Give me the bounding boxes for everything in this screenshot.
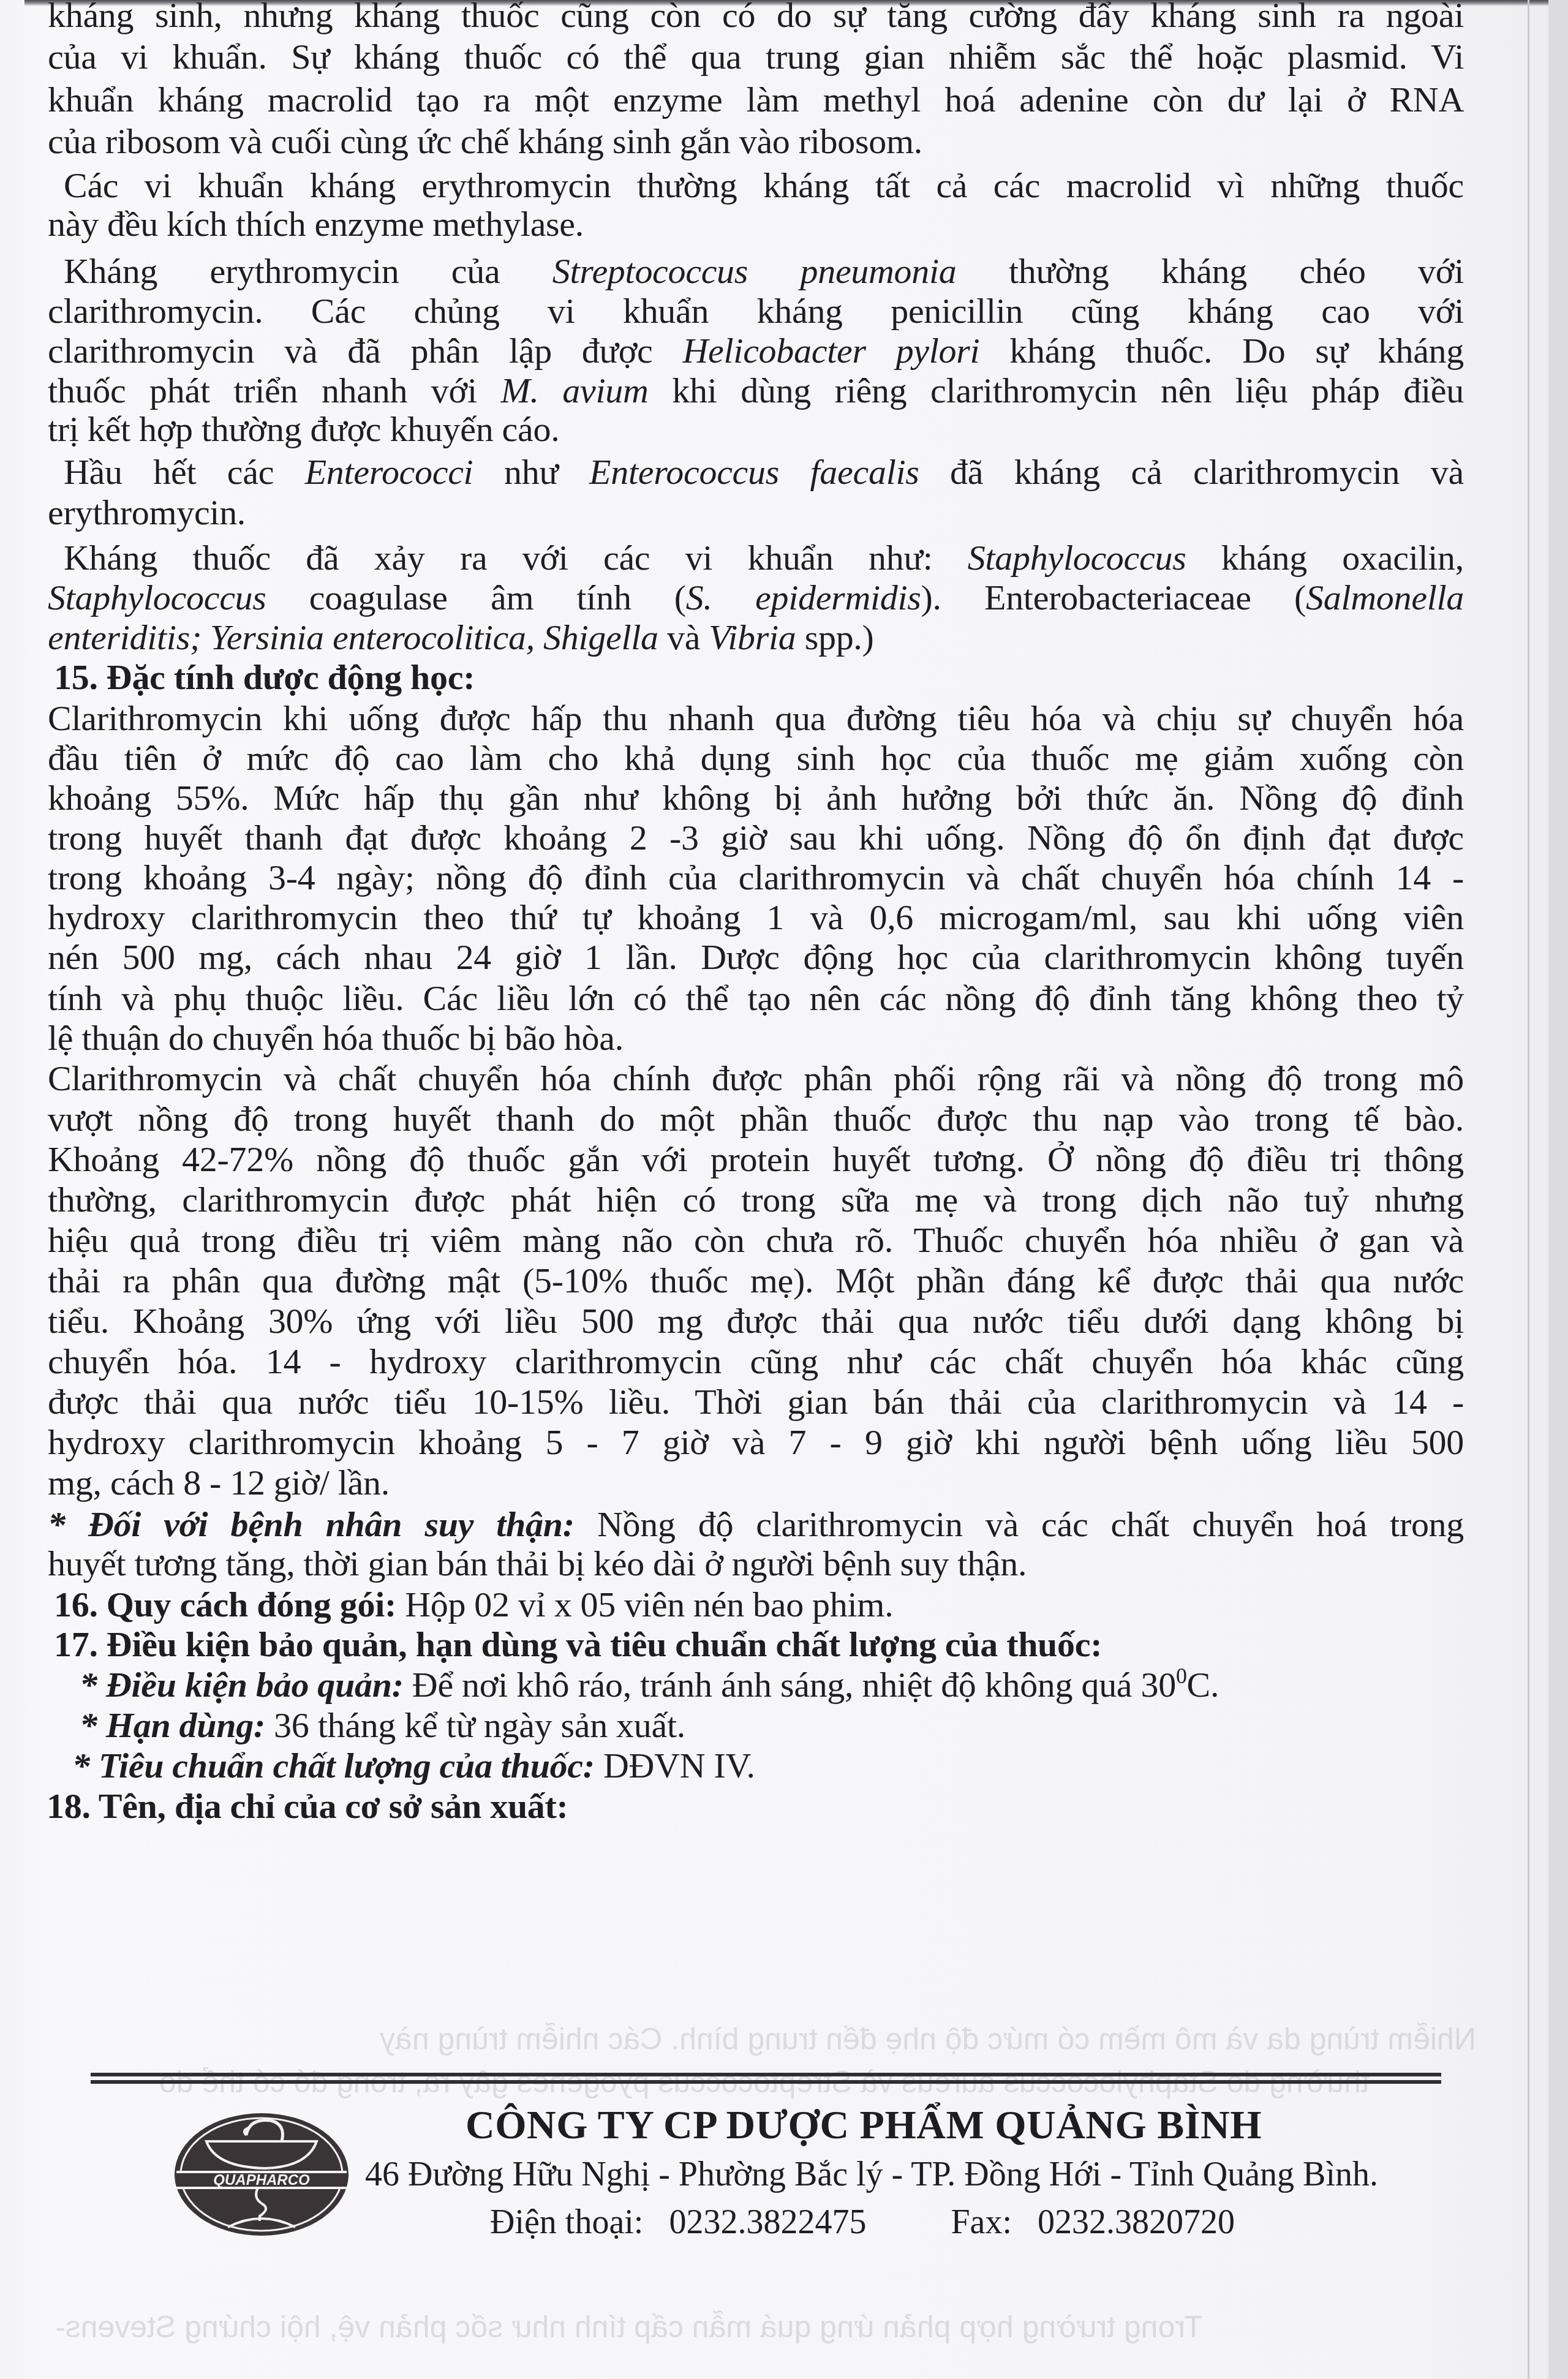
text-line: hydroxy clarithromycin khoảng 5 - 7 giờ … (48, 1422, 1464, 1463)
species-name: Enterococci (305, 452, 473, 492)
company-contact: Điện thoại: 0232.3822475 Fax: 0232.38207… (490, 2203, 1235, 2242)
species-name: Helicobacter pylori (683, 331, 980, 371)
text-line: huyết tương tăng, thời gian bán thải bị … (48, 1544, 1464, 1584)
footer-rule-bottom (91, 2080, 1441, 2084)
text-line: Clarithromycin và chất chuyển hóa chính … (48, 1058, 1464, 1099)
text-line: Hầu hết các Enterococci như Enterococcus… (64, 452, 1464, 492)
text-line: thuốc phát triển nhanh với M. avium khi … (48, 371, 1464, 411)
shelf-label: * Hạn dùng: (80, 1705, 265, 1745)
text-line: hydroxy clarithromycin theo thứ tự khoản… (48, 897, 1464, 938)
text-line: lệ thuận do chuyển hóa thuốc bị bão hòa. (48, 1018, 1464, 1058)
page-fold (1528, 0, 1529, 2379)
species-name: Staphylococcus (968, 538, 1186, 578)
text-line: * Đối với bệnh nhân suy thận: Nồng độ cl… (48, 1504, 1464, 1545)
show-through-text: Nhiễm trùng da và mô mềm có mức độ nhẹ đ… (380, 2021, 1476, 2057)
text-line: tiểu. Khoảng 30% ứng với liều 500 mg đượ… (48, 1301, 1464, 1341)
text-line: vượt nồng độ trong huyết thanh do một ph… (48, 1099, 1464, 1139)
fax-label: Fax: (951, 2203, 1012, 2242)
phone-number: 0232.3822475 (669, 2203, 866, 2242)
text-line: thải ra phân qua đường mật (5-10% thuốc … (48, 1261, 1464, 1301)
text-line: chuyển hóa. 14 - hydroxy clarithromycin … (48, 1341, 1464, 1382)
text-line: được thải qua nước tiểu 10-15% liều. Thờ… (48, 1382, 1464, 1422)
text-line: đầu tiên ở mức độ cao làm cho khả dụng s… (48, 738, 1464, 779)
text-line: khoảng 55%. Mức hấp thụ gần như không bị… (48, 778, 1464, 818)
section-heading-16: 16. Quy cách đóng gói: (54, 1585, 396, 1624)
text-line: kháng sinh, nhưng kháng thuốc cũng còn c… (48, 0, 1464, 36)
text-line: tính và phụ thuộc liều. Các liều lớn có … (48, 978, 1464, 1019)
standard-label: * Tiêu chuẩn chất lượng của thuốc: (72, 1746, 595, 1785)
text-line: Kháng erythromycin của Streptococcus pne… (64, 251, 1464, 292)
text-line: clarithromycin và đã phân lập được Helic… (48, 331, 1464, 371)
text-line: hiệu quả trong điều trị viêm màng não cò… (48, 1220, 1464, 1261)
fax-number: 0232.3820720 (1038, 2203, 1235, 2242)
text-line: Staphylococcus coagulase âm tính (S. epi… (48, 578, 1464, 618)
species-name: Vibria (709, 617, 796, 657)
section-heading-17: 17. Điều kiện bảo quản, hạn dùng và tiêu… (54, 1624, 1470, 1665)
section-16: 16. Quy cách đóng gói: Hộp 02 vỉ x 05 vi… (54, 1585, 1470, 1625)
text-line: Các vi khuẩn kháng erythromycin thường k… (64, 165, 1464, 206)
section-heading-18: 18. Tên, địa chỉ của cơ sở sản xuất: (47, 1786, 1463, 1827)
phone-label: Điện thoại: (490, 2203, 643, 2242)
text-line: trị kết hợp thường được khuyến cáo. (48, 409, 1464, 450)
storage-label: * Điều kiện bảo quản: (80, 1665, 404, 1705)
species-name: enteriditis; Yersinia enterocolitica, Sh… (48, 617, 658, 657)
text-line: mg, cách 8 - 12 giờ/ lần. (48, 1463, 1464, 1503)
section-heading-15: 15. Đặc tính dược động học: (54, 657, 1470, 698)
text-line: của ribosom và cuối cùng ức chế kháng si… (48, 121, 1464, 162)
species-name: Salmonella (1306, 578, 1464, 617)
text-line: thường, clarithromycin được phát hiện có… (48, 1180, 1464, 1220)
show-through-text: Trong trường hợp phản ứng quá mẫn cấp tí… (55, 2309, 1203, 2345)
text-line: trong huyết thanh đạt được khoảng 2 -3 g… (48, 818, 1464, 858)
text-line: nén 500 mg, cách nhau 24 giờ 1 lần. Dược… (48, 937, 1464, 978)
text-line: của vi khuẩn. Sự kháng thuốc có thể qua … (48, 37, 1464, 77)
text-line: enteriditis; Yersinia enterocolitica, Sh… (48, 617, 1464, 658)
text-line: này đều kích thích enzyme methylase. (48, 204, 1464, 244)
text-line: Kháng thuốc đã xảy ra với các vi khuẩn n… (64, 538, 1464, 578)
svg-text:QUAPHARCO: QUAPHARCO (213, 2172, 310, 2189)
species-name: Staphylococcus (48, 578, 266, 617)
text-line: clarithromycin. Các chủng vi khuẩn kháng… (48, 291, 1464, 331)
company-name: CÔNG TY CP DƯỢC PHẨM QUẢNG BÌNH (466, 2102, 1262, 2149)
species-name: Enterococcus faecalis (589, 452, 919, 492)
text-line: khuẩn kháng macrolid tạo ra một enzyme l… (48, 80, 1464, 120)
text-line: erythromycin. (48, 492, 1464, 533)
company-address: 46 Đường Hữu Nghị - Phường Bắc lý - TP. … (365, 2155, 1378, 2194)
quapharco-logo-icon: QUAPHARCO (173, 2112, 350, 2238)
page-right-margin (1548, 0, 1568, 2379)
text-line: Khoảng 42-72% nồng độ thuốc gắn với prot… (48, 1139, 1464, 1180)
footer-rule-top (91, 2073, 1441, 2076)
text-line: trong khoảng 3-4 ngày; nồng độ đỉnh của … (48, 858, 1464, 898)
shelf-life: * Hạn dùng: 36 tháng kể từ ngày sản xuất… (80, 1705, 1464, 1746)
species-name: Streptococcus pneumonia (552, 251, 957, 291)
species-name: S. epidermidis (686, 578, 921, 617)
renal-label: * Đối với bệnh nhân suy thận: (48, 1504, 575, 1544)
text-line: Clarithromycin khi uống được hấp thu nha… (48, 698, 1464, 739)
storage-conditions: * Điều kiện bảo quản: Để nơi khô ráo, tr… (80, 1665, 1464, 1705)
quality-standard: * Tiêu chuẩn chất lượng của thuốc: DĐVN … (72, 1746, 1457, 1786)
species-name: M. avium (500, 371, 648, 410)
